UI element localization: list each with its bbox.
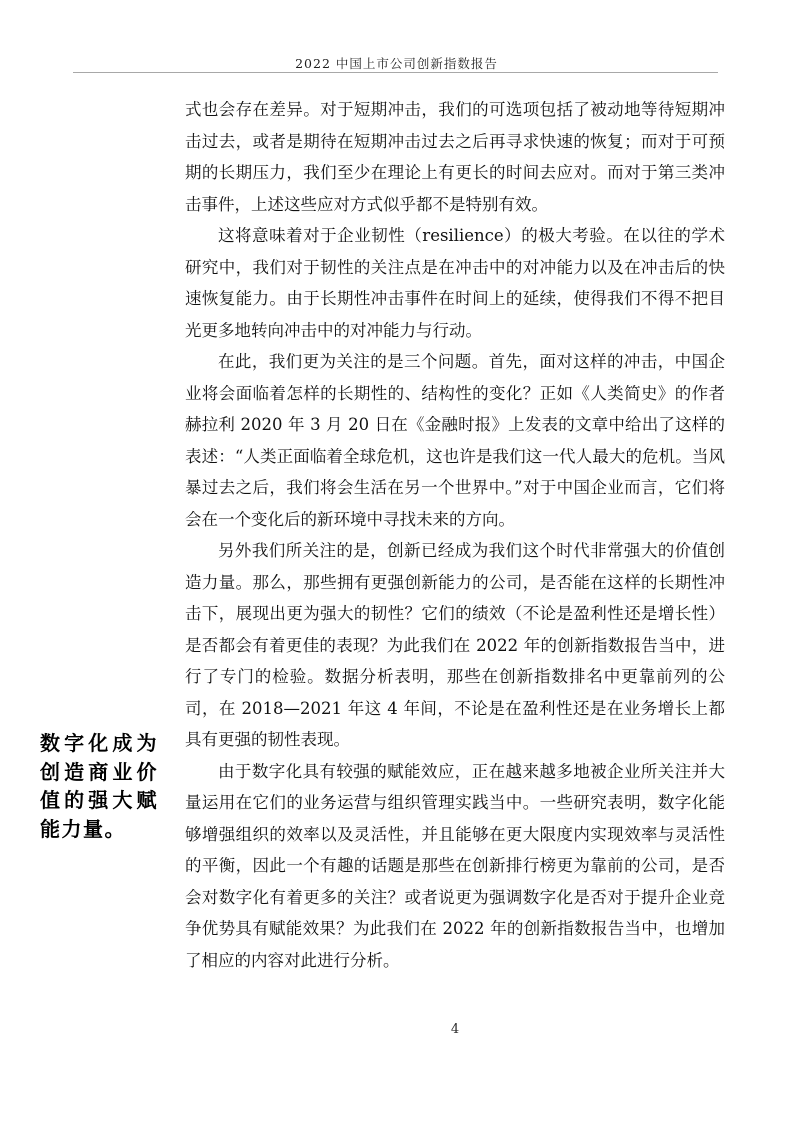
header-divider-line [73,72,718,73]
body-paragraph: 这将意味着对于企业韧性（resilience）的极大考验。在以往的学术研究中，我… [185,220,725,346]
body-paragraph: 另外我们所关注的是，创新已经成为我们这个时代非常强大的价值创造力量。那么，那些拥… [185,535,725,756]
margin-note: 数字化成为创造商业价值的强大赋能力量。 [40,729,158,843]
body-paragraph: 在此，我们更为关注的是三个问题。首先，面对这样的冲击，中国企业将会面临着怎样的长… [185,346,725,535]
running-header-title: 2022 中国上市公司创新指数报告 [0,54,793,72]
body-paragraph: 由于数字化具有较强的赋能效应，正在越来越多地被企业所关注并大量运用在它们的业务运… [185,756,725,977]
body-paragraph: 式也会存在差异。对于短期冲击，我们的可选项包括了被动地等待短期冲击过去，或者是期… [185,94,725,220]
body-text-column: 式也会存在差异。对于短期冲击，我们的可选项包括了被动地等待短期冲击过去，或者是期… [185,94,725,976]
page-number: 4 [185,1022,725,1037]
